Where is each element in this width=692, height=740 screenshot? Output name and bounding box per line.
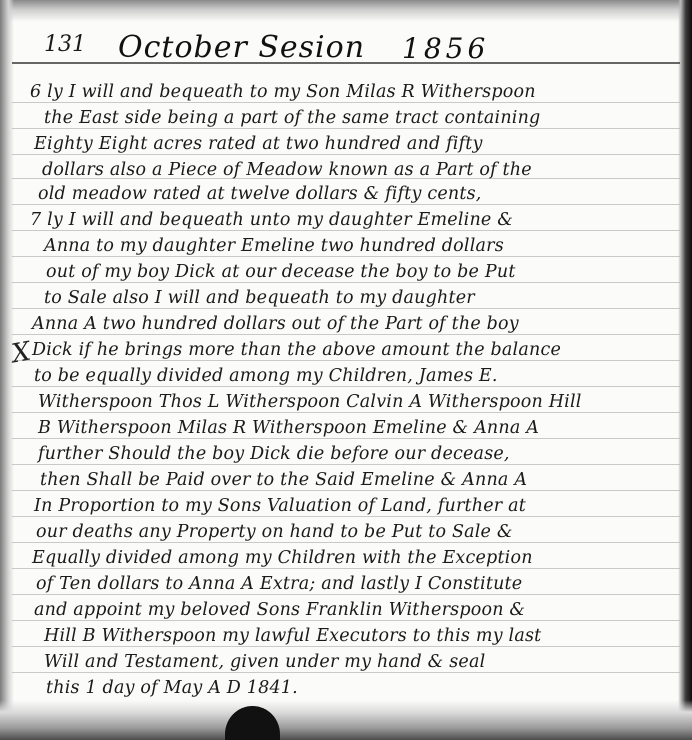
ruled-line	[12, 646, 680, 647]
ruled-line	[12, 386, 680, 387]
year-heading: 1856	[402, 32, 489, 65]
will-text-line: 7 ly I will and bequeath unto my daughte…	[30, 210, 513, 230]
ruled-line	[12, 464, 680, 465]
ruled-line	[12, 204, 680, 205]
ruled-line	[12, 154, 680, 155]
ruled-line	[12, 334, 680, 335]
will-text-line: B Witherspoon Milas R Witherspoon Emelin…	[38, 418, 539, 438]
ruled-line	[12, 490, 680, 491]
scan-edge-bottom	[0, 700, 692, 740]
ruled-line	[12, 594, 680, 595]
ruled-line	[12, 230, 680, 231]
will-text-line: to Sale also I will and bequeath to my d…	[44, 288, 475, 308]
scan-edge-left	[0, 0, 14, 740]
will-text-line: 6 ly I will and bequeath to my Son Milas…	[30, 82, 536, 102]
will-text-line: Equally divided among my Children with t…	[32, 548, 533, 568]
scan-edge-top	[0, 0, 692, 22]
will-text-line: Hill B Witherspoon my lawful Executors t…	[44, 626, 541, 646]
will-text-line: Witherspoon Thos L Witherspoon Calvin A …	[38, 392, 582, 412]
ruled-line	[12, 438, 680, 439]
will-text-line: our deaths any Property on hand to be Pu…	[36, 522, 513, 542]
ruled-line	[12, 256, 680, 257]
will-text-line: Will and Testament, given under my hand …	[44, 652, 485, 672]
will-text-line: the East side being a part of the same t…	[44, 108, 540, 128]
will-text-line: Eighty Eight acres rated at two hundred …	[34, 134, 483, 154]
ruled-line	[12, 308, 680, 309]
will-text-line: In Proportion to my Sons Valuation of La…	[34, 496, 526, 516]
ruled-line	[12, 568, 680, 569]
will-text-line: old meadow rated at twelve dollars & fif…	[38, 184, 482, 204]
ruled-line	[12, 672, 680, 673]
will-text-line: Anna to my daughter Emeline two hundred …	[44, 236, 504, 256]
scanned-document-page: 131 October Sesion 1856 X 6 ly I will an…	[0, 0, 692, 740]
will-text-line: out of my boy Dick at our decease the bo…	[46, 262, 516, 282]
ruled-line	[12, 620, 680, 621]
will-text-line: of Ten dollars to Anna A Extra; and last…	[36, 574, 522, 594]
will-text-line: dollars also a Piece of Meadow known as …	[42, 160, 532, 180]
ruled-line	[12, 128, 680, 129]
will-text-line: Anna A two hundred dollars out of the Pa…	[32, 314, 519, 334]
page-number: 131	[44, 32, 86, 57]
scan-edge-right	[678, 0, 692, 740]
margin-x-mark: X	[10, 337, 33, 370]
will-text-line: and appoint my beloved Sons Franklin Wit…	[34, 600, 525, 620]
ruled-line	[12, 516, 680, 517]
will-text-line: then Shall be Paid over to the Said Emel…	[40, 470, 527, 490]
will-text-line: Dick if he brings more than the above am…	[32, 340, 561, 360]
will-text-line: to be equally divided among my Children,…	[34, 366, 498, 386]
ruled-line	[12, 542, 680, 543]
ruled-line	[12, 412, 680, 413]
court-term-heading: October Sesion	[118, 30, 365, 65]
ruled-line	[12, 102, 680, 103]
will-text-line: further Should the boy Dick die before o…	[38, 444, 510, 464]
will-text-line: this 1 day of May A D 1841.	[46, 678, 298, 698]
ruled-line	[12, 360, 680, 361]
ruled-line	[12, 282, 680, 283]
